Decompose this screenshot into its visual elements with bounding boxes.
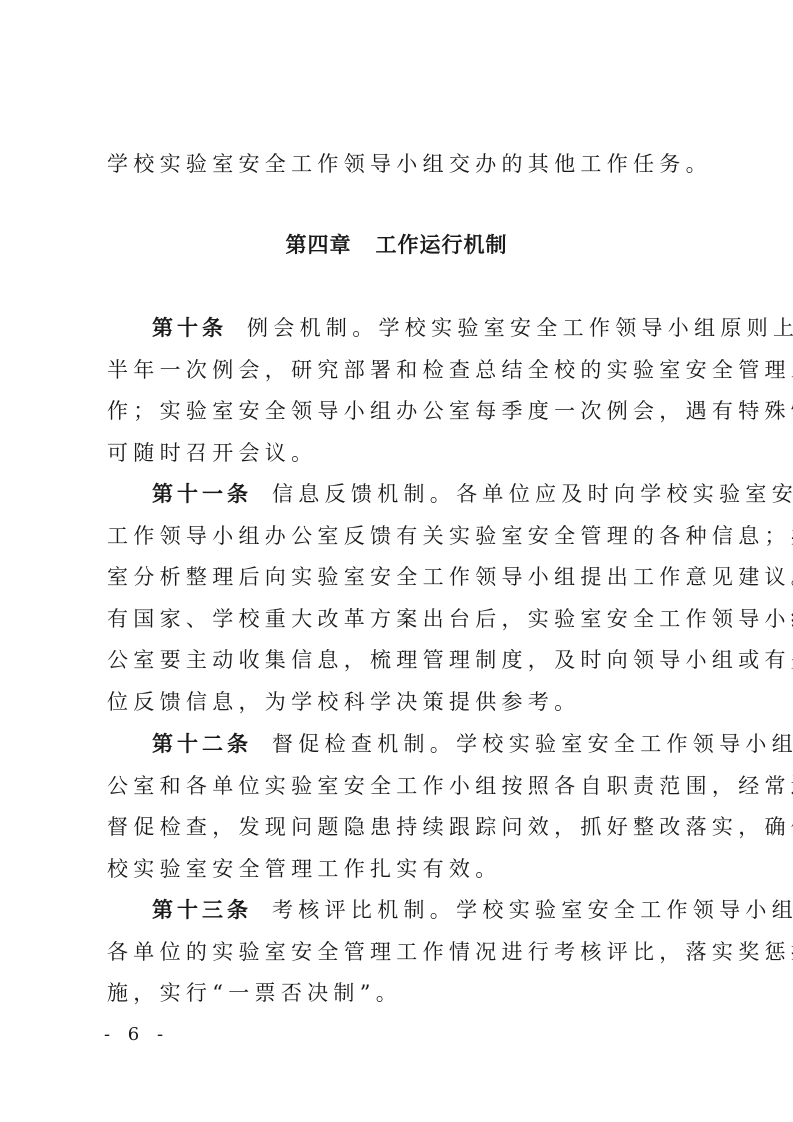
page-number: - 6 - xyxy=(104,1024,169,1045)
chapter-number: 第四章 xyxy=(286,233,352,257)
article-line: 督促检查机制。学校实验室安全工作领导小组办 xyxy=(272,732,793,756)
article-13: 第十三条考核评比机制。学校实验室安全工作领导小组对 各单位的实验室安全管理工作情… xyxy=(107,890,697,1015)
carryover-paragraph: 学校实验室安全工作领导小组交办的其他工作任务。 xyxy=(107,144,697,186)
article-line: 考核评比机制。学校实验室安全工作领导小组对 xyxy=(272,898,793,922)
carryover-line: 学校实验室安全工作领导小组交办的其他工作任务。 xyxy=(107,144,697,186)
article-line: 工作领导小组办公室反馈有关实验室安全管理的各种信息；办公 xyxy=(107,516,697,558)
article-number: 第十条 xyxy=(152,316,227,340)
article-10: 第十条例会机制。学校实验室安全工作领导小组原则上每 半年一次例会，研究部署和检查… xyxy=(107,308,697,474)
article-line: 位反馈信息，为学校科学决策提供参考。 xyxy=(107,682,697,724)
article-line: 校实验室安全管理工作扎实有效。 xyxy=(107,849,697,891)
article-line: 公室和各单位实验室安全工作小组按照各自职责范围，经常进行 xyxy=(107,766,697,808)
article-line: 例会机制。学校实验室安全工作领导小组原则上每 xyxy=(247,316,793,340)
article-11: 第十一条信息反馈机制。各单位应及时向学校实验室安全 工作领导小组办公室反馈有关实… xyxy=(107,474,697,724)
chapter-title: 工作运行机制 xyxy=(376,233,508,257)
document-page: 学校实验室安全工作领导小组交办的其他工作任务。 第四章工作运行机制 第十条例会机… xyxy=(0,0,793,1122)
article-line: 作；实验室安全领导小组办公室每季度一次例会，遇有特殊情况 xyxy=(107,391,697,433)
article-line: 信息反馈机制。各单位应及时向学校实验室安全 xyxy=(272,482,793,506)
article-line: 督促检查，发现问题隐患持续跟踪问效，抓好整改落实，确保学 xyxy=(107,807,697,849)
article-12: 第十二条督促检查机制。学校实验室安全工作领导小组办 公室和各单位实验室安全工作小… xyxy=(107,724,697,890)
article-line: 有国家、学校重大改革方案出台后，实验室安全工作领导小组办 xyxy=(107,599,697,641)
article-line: 可随时召开会议。 xyxy=(107,433,697,475)
article-line: 各单位的实验室安全管理工作情况进行考核评比，落实奖惩措 xyxy=(107,932,697,974)
article-number: 第十二条 xyxy=(152,732,252,756)
article-line: 施，实行“一票否决制”。 xyxy=(107,973,697,1015)
article-line: 室分析整理后向实验室安全工作领导小组提出工作意见建议。遇 xyxy=(107,557,697,599)
article-number: 第十一条 xyxy=(152,482,252,506)
article-number: 第十三条 xyxy=(152,898,252,922)
article-line: 公室要主动收集信息，梳理管理制度，及时向领导小组或有关单 xyxy=(107,640,697,682)
article-line: 半年一次例会，研究部署和检查总结全校的实验室安全管理工 xyxy=(107,350,697,392)
chapter-heading: 第四章工作运行机制 xyxy=(0,229,793,259)
